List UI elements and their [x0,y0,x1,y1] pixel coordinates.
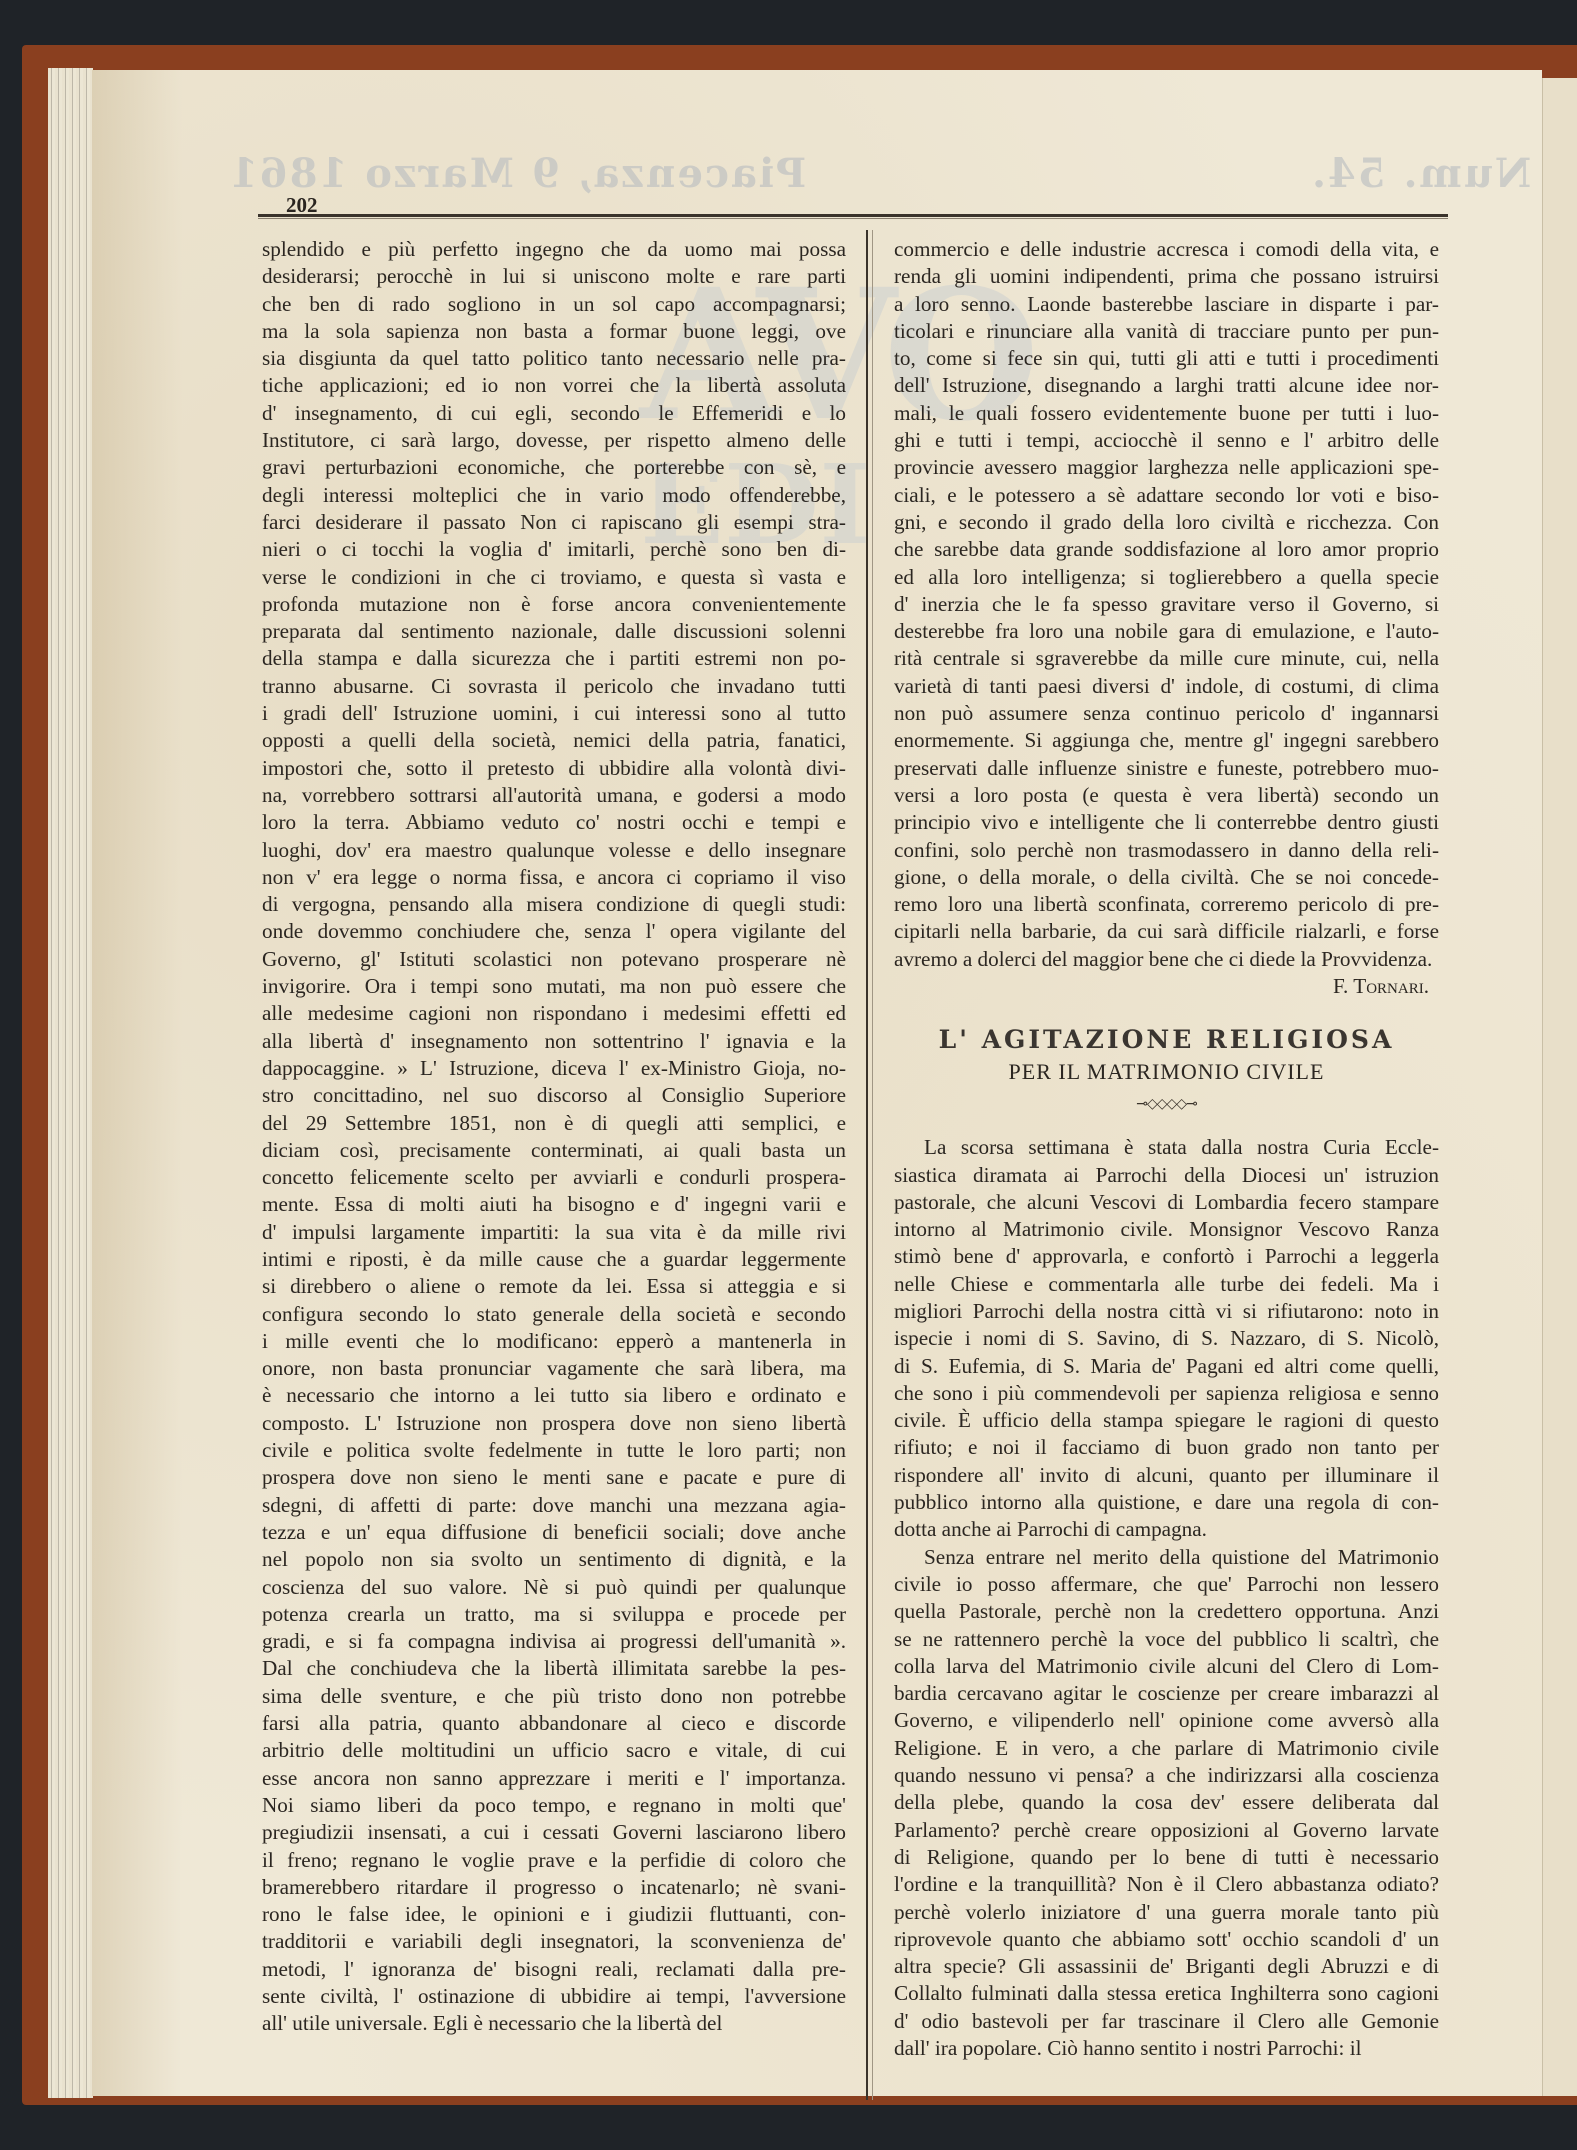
bleed-through-issue-number: Num. 54. [1310,150,1531,197]
text-line: di vergogna, pensando alla misera condiz… [262,891,846,918]
text-line: rifiuto; e noi il facciamo di buon grado… [894,1434,1439,1461]
text-line: tradditorii e variabili degli insegnator… [262,1928,846,1955]
text-line: composto. L' Istruzione non prospera dov… [262,1410,846,1437]
text-line: preservati dalle influenze sinistre e fu… [894,755,1439,782]
text-line: è necessario che intorno a lei tutto sia… [262,1382,846,1409]
text-line: i mille eventi che lo modificano: epperò… [262,1328,846,1355]
text-line: preparata dal sentimento nazionale, dall… [262,618,846,645]
text-line: rità centrale si sgraverebbe da mille cu… [894,645,1439,672]
text-line: Institutore, ci sarà largo, dovesse, per… [262,427,846,454]
text-line: stimò bene d' approvarla, e confortò i P… [894,1243,1439,1270]
text-line: a loro senno. Laonde basterebbe lasciare… [894,291,1439,318]
text-line: d' insegnamento, di cui egli, secondo le… [262,400,846,427]
text-line: il freno; regnano le voglie prave e la p… [262,1847,846,1874]
bleed-through-date-header: Piacenza, 9 Marzo 1861 [228,150,806,197]
text-line: versi a loro posta (e questa è vera libe… [894,782,1439,809]
column-divider-thin [872,230,873,2100]
text-line: principio vivo e intelligente che li con… [894,809,1439,836]
text-line: di Religione, quando per lo bene di tutt… [894,1844,1439,1871]
text-line: cipitarli nella barbarie, da cui sarà di… [894,918,1439,945]
text-line: sente civiltà, l' ostinazione di ubbidir… [262,1983,846,2010]
text-line: mente. Essa di molti aiuti ha bisogno e … [262,1191,846,1218]
text-line: gni, e secondo il grado della loro civil… [894,509,1439,536]
text-line: che ben di rado sogliono in un sol capo … [262,291,846,318]
text-line: prospera dove non sieno le menti sane e … [262,1464,846,1491]
text-line: Collalto fulminati dalla stessa eretica … [894,1980,1439,2007]
text-line: civile e politica svolte fedelmente in t… [262,1437,846,1464]
text-line: varietà di tanti paesi diversi d' indole… [894,673,1439,700]
text-line: ispecie i nomi di S. Savino, di S. Nazza… [894,1325,1439,1352]
text-line: to, come si fece sin qui, tutti gli atti… [894,345,1439,372]
text-line: l'ordine e la tranquillità? Non è il Cle… [894,1871,1439,1898]
text-line: commercio e delle industrie accresca i c… [894,236,1439,263]
text-line: pastorale, che alcuni Vescovi di Lombard… [894,1189,1439,1216]
text-line: ticolari e rinunciare alla vanità di tra… [894,318,1439,345]
text-line: nel popolo non sia svolto un sentimento … [262,1546,846,1573]
text-line: configura secondo lo stato generale dell… [262,1301,846,1328]
article-paragraph-2: Senza entrare nel merito della quistione… [894,1544,1439,2063]
text-line: alle medesime cagioni non rispondano i m… [262,1000,846,1027]
text-line: impostori che, sotto il pretesto di ubbi… [262,755,846,782]
ornament-divider-icon: ⊸◇◇◇◇⊸ [894,1091,1439,1118]
text-line: se ne rattennero perchè la voce del pubb… [894,1626,1439,1653]
article-paragraph-1: La scorsa settimana è stata dalla nostra… [894,1134,1439,1543]
text-line: diciam così, precisamente conterminati, … [262,1137,846,1164]
text-line: concetto felicemente scelto per avviarli… [262,1164,846,1191]
text-line: enormemente. Si aggiunga che, mentre gl'… [894,727,1439,754]
text-line: Religione. E in vero, a che parlare di M… [894,1735,1439,1762]
text-line: gradi, e si fa compagna indivisa ai prog… [262,1628,846,1655]
text-line: di S. Eufemia, di S. Maria de' Pagani ed… [894,1353,1439,1380]
right-column: commercio e delle industrie accresca i c… [894,236,1439,2062]
text-line: renda gli uomini indipendenti, prima che… [894,263,1439,290]
text-line: all' utile universale. Egli è necessario… [262,2010,846,2037]
text-line: alla libertà d' insegnamento non sottent… [262,1028,846,1055]
text-line: tiche applicazioni; ed io non vorrei che… [262,372,846,399]
text-line: Governo, e vilipenderlo nell' opinione c… [894,1707,1439,1734]
text-line: siastica diramata ai Parrochi della Dioc… [894,1162,1439,1189]
text-line: che sono i più commendevoli per sapienza… [894,1380,1439,1407]
text-line: stro concittadino, nel suo discorso al C… [262,1082,846,1109]
text-line: i gradi dell' Istruzione uomini, i cui i… [262,700,846,727]
text-line: d' inerzia che le fa spesso gravitare ve… [894,591,1439,618]
text-line: ghi e tutti i tempi, acciocchè il senno … [894,427,1439,454]
text-line: provincie avessero maggior larghezza nel… [894,454,1439,481]
text-line: perchè volerlo iniziatore d' una guerra … [894,1899,1439,1926]
text-line: potenza crearla un tratto, ma si svilupp… [262,1601,846,1628]
text-line: profonda mutazione non è forse ancora co… [262,591,846,618]
text-line: opposti a quelli della società, nemici d… [262,727,846,754]
text-line: intorno al Matrimonio civile. Monsignor … [894,1216,1439,1243]
text-line: esse ancora non sanno apprezzare i merit… [262,1765,846,1792]
text-line: desiderarsi; perocchè in lui si uniscono… [262,263,846,290]
header-rule [258,214,1448,217]
text-line: metodi, l' ignoranza de' bisogni reali, … [262,1956,846,1983]
text-line: coscienza del suo valore. Nè si può quin… [262,1574,846,1601]
left-column: splendido e più perfetto ingegno che da … [262,236,846,2038]
text-line: pubblico intorno alla quistione, e dare … [894,1489,1439,1516]
text-line: dell' Istruzione, disegnando a larghi tr… [894,372,1439,399]
text-line: quella Pastorale, perchè non la credette… [894,1598,1439,1625]
text-line: na, vorrebbero sottrarsi all'autorità um… [262,782,846,809]
text-line: dappocaggine. » L' Istruzione, diceva l'… [262,1055,846,1082]
text-line: bramerebbero ritardare il progresso o in… [262,1874,846,1901]
text-line: verse le condizioni in che ci troviamo, … [262,564,846,591]
text-line: Noi siamo liberi da poco tempo, e regnan… [262,1792,846,1819]
text-line: splendido e più perfetto ingegno che da … [262,236,846,263]
text-line: rispondere all' invito di alcuni, quanto… [894,1462,1439,1489]
text-line: avremo a dolerci del maggior bene che ci… [894,946,1439,973]
facing-page-edge [1542,78,1577,2096]
text-line: tezza e un' equa diffusione di beneficii… [262,1519,846,1546]
text-line: invigorire. Ora i tempi sono mutati, ma … [262,973,846,1000]
section-subtitle: PER IL MATRIMONIO CIVILE [894,1058,1439,1085]
text-line: che sarebbe data grande soddisfazione al… [894,536,1439,563]
text-line: ed alla loro intelligenza; si toglierebb… [894,564,1439,591]
text-line: della stampa e dalla sicurezza che i par… [262,645,846,672]
text-line: Governo, gl' Istituti scolastici non pot… [262,946,846,973]
text-line: d' odio bastevoli per far trascinare il … [894,2008,1439,2035]
text-line: altra specie? Gli assassinii de' Brigant… [894,1953,1439,1980]
text-line: farci desiderare il passato Non ci rapis… [262,509,846,536]
text-line: intimi e riposti, è da mille cause che a… [262,1246,846,1273]
text-line: sima delle sventure, e che più tristo do… [262,1683,846,1710]
text-line: riprovevole quanto che abbiamo sott' occ… [894,1926,1439,1953]
text-line: civile io posso affermare, che que' Parr… [894,1571,1439,1598]
text-line: La scorsa settimana è stata dalla nostra… [894,1134,1439,1161]
text-line: confini, solo perchè non trasmodassero i… [894,837,1439,864]
text-line: Dal che conchiudeva che la libertà illim… [262,1655,846,1682]
text-line: mali, le quali fossero evidentemente buo… [894,400,1439,427]
gutter-shadow [92,70,182,2096]
text-line: nieri o ci tocchi la voglia d' imitarli,… [262,536,846,563]
text-line: nelle Chiese e commentarla alle turbe de… [894,1271,1439,1298]
header-rule-thin [258,218,1448,219]
text-line: ciali, e le potessero a sè adattare seco… [894,482,1439,509]
text-line: arbitrio delle moltitudini un ufficio sa… [262,1737,846,1764]
text-line: ma la sola sapienza non basta a formar b… [262,318,846,345]
text-line: tranno abusarne. Ci sovrasta il pericolo… [262,673,846,700]
text-line: del 29 Settembre 1851, non è di quegli a… [262,1110,846,1137]
text-line: dall' ira popolare. Ciò hanno sentito i … [894,2035,1439,2062]
text-line: bardia cercavano agitar le coscienze per… [894,1680,1439,1707]
text-line: loro la terra. Abbiamo veduto co' nostri… [262,809,846,836]
text-line: luoghi, dov' era maestro qualunque voles… [262,837,846,864]
text-line: desterebbe fra loro una nobile gara di e… [894,618,1439,645]
text-line: Parlamento? perchè creare opposizioni al… [894,1817,1439,1844]
text-line: civile. È ufficio della stampa spiegare … [894,1407,1439,1434]
text-line: colla larva del Matrimonio civile alcuni… [894,1653,1439,1680]
text-line: d' impulsi largamente impartiti: la sua … [262,1219,846,1246]
text-line: sia disgiunta da quel tatto politico tan… [262,345,846,372]
text-line: sdegni, di affetti di parte: dove manchi… [262,1492,846,1519]
text-line: si direbbero o aliene o remote da lei. E… [262,1273,846,1300]
author-signature: F. Tornari. [894,973,1439,1000]
text-line: della plebe, quando la cosa dev' essere … [894,1789,1439,1816]
text-line: remo loro una libertà sconfinata, correr… [894,891,1439,918]
text-line: non può assumere senza continuo pericolo… [894,700,1439,727]
article-continuation: commercio e delle industrie accresca i c… [894,236,1439,973]
page-edges [48,68,93,2098]
text-line: gione, o della morale, o della civiltà. … [894,864,1439,891]
text-line: onde dovemmo conchiudere che, senza l' o… [262,918,846,945]
text-line: onore, non basta pronunciar vagamente ch… [262,1355,846,1382]
text-line: Senza entrare nel merito della quistione… [894,1544,1439,1571]
text-line: degli interessi molteplici che in vario … [262,482,846,509]
text-line: quando nessuno vi pensa? a che indirizza… [894,1762,1439,1789]
text-line: non v' era legge o norma fissa, e ancora… [262,864,846,891]
text-line: migliori Parrochi della nostra città vi … [894,1298,1439,1325]
text-line: pregiudizii insensati, a cui i cessati G… [262,1819,846,1846]
text-line: dotta anche ai Parrochi di campagna. [894,1516,1439,1543]
text-line: farsi alla patria, quanto abbandonare al… [262,1710,846,1737]
text-line: rono le false idee, le opinioni e i giud… [262,1901,846,1928]
section-title: L' AGITAZIONE RELIGIOSA [894,1026,1439,1053]
column-divider [866,230,868,2100]
text-line: gravi perturbazioni economiche, che port… [262,454,846,481]
